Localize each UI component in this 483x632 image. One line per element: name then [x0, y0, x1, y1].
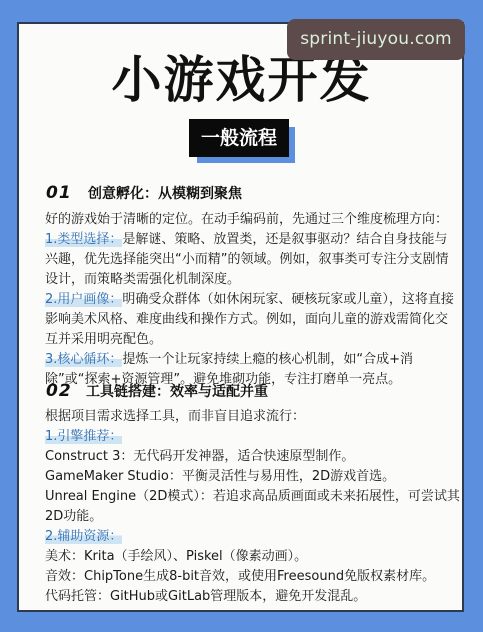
section-02-body: 根据项目需求选择工具，而非盲目追求流行： 1.引擎推荐： Construct 3…: [45, 407, 460, 607]
section-number: 02: [46, 381, 82, 401]
group-label: 2.辅助资源：: [45, 527, 460, 547]
subtitle-badge: 一般流程: [189, 119, 289, 157]
item-label: 2.用户画像：: [45, 292, 122, 307]
list-item: 代码托管：GitHub或GitLab管理版本，避免开发混乱。: [45, 587, 460, 607]
section-number: 01: [46, 183, 84, 203]
list-item: 1.类型选择：是解谜、策略、放置类，还是叙事驱动？结合自身技能与兴趣，优先选择能…: [45, 230, 460, 290]
list-item: 音效：ChipTone生成8-bit音效，或使用Freesound免版权素材库。: [45, 567, 460, 587]
list-item: GameMaker Studio：平衡灵活性与易用性，2D游戏首选。: [45, 467, 460, 487]
item-label: 1.类型选择：: [45, 232, 122, 247]
section-title: 创意孵化：从模糊到聚焦: [84, 183, 246, 203]
item-label: 3.核心循环：: [45, 352, 122, 367]
watermark-badge: sprint-jiuyou.com: [287, 19, 465, 60]
list-item: 2.用户画像：明确受众群体（如休闲玩家、硬核玩家或儿童），这将直接影响美术风格、…: [45, 290, 460, 350]
section-intro: 根据项目需求选择工具，而非盲目追求流行：: [45, 407, 460, 427]
section-02-heading: 02 工具链搭建：效率与适配并重: [46, 380, 272, 402]
section-intro: 好的游戏始于清晰的定位。在动手编码前，先通过三个维度梳理方向：: [45, 210, 460, 230]
section-title: 工具链搭建：效率与适配并重: [82, 381, 272, 401]
list-item: 美术：Krita（手绘风）、Piskel（像素动画）。: [45, 547, 460, 567]
section-01-body: 好的游戏始于清晰的定位。在动手编码前，先通过三个维度梳理方向： 1.类型选择：是…: [45, 210, 460, 390]
section-01-heading: 01 创意孵化：从模糊到聚焦: [46, 182, 246, 204]
group-label: 1.引擎推荐：: [45, 427, 460, 447]
subtitle-text: 一般流程: [189, 119, 289, 157]
list-item: Construct 3：无代码开发神器，适合快速原型制作。: [45, 447, 460, 467]
list-item: Unreal Engine（2D模式）：若追求高品质画面或未来拓展性，可尝试其2…: [45, 487, 460, 527]
